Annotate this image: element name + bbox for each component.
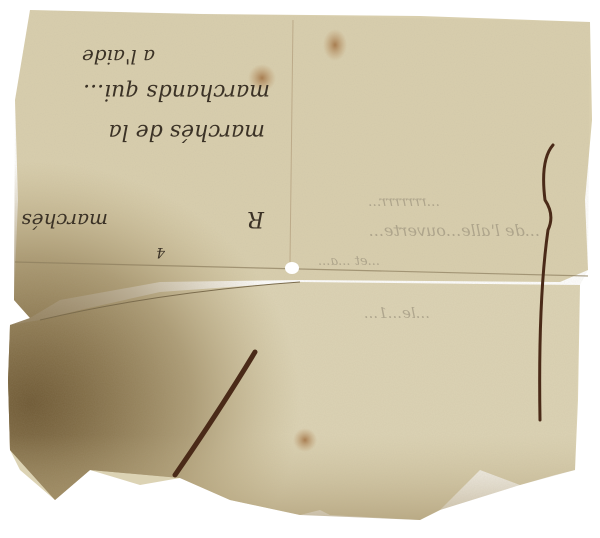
manuscript-image: a l'aide marchands qui... marchés de la … [0, 0, 600, 538]
handwriting-line-1: a l'aide [82, 45, 155, 69]
fold-mark: 4 [156, 244, 166, 260]
handwriting-line-3: marchés de la [108, 119, 265, 144]
bleed-through-line-1: ...rrrrrrr... [368, 194, 440, 210]
rust-spot-lower [293, 428, 317, 452]
bleed-through-line-3: ...et ...a... [318, 254, 380, 269]
handwriting-line-2: marchands qui... [83, 79, 270, 104]
manuscript-document: a l'aide marchands qui... marchés de la … [0, 0, 600, 538]
handwriting-middle-right: R [247, 206, 265, 231]
bleed-through-line-4: ...le...1... [364, 304, 430, 322]
center-hole [285, 262, 299, 274]
bleed-through-line-2: ...de l'alle...ouverte... [369, 221, 540, 240]
rust-spot-top [323, 29, 347, 61]
handwriting-middle-left: marchés [21, 209, 108, 233]
